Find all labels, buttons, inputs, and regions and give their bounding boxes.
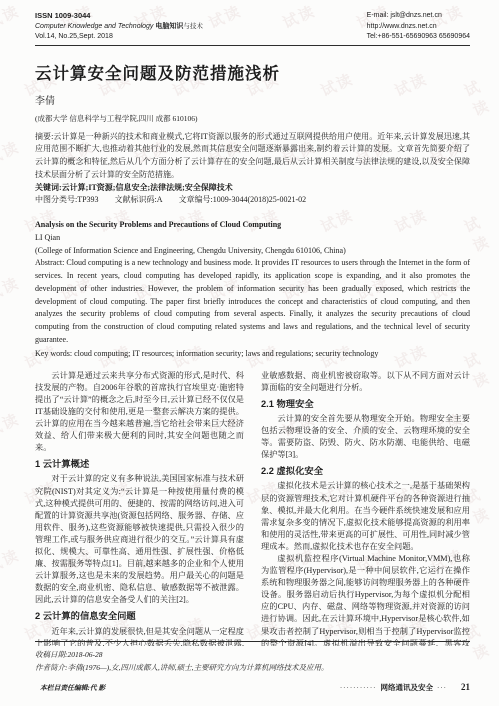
journal-header-right: E-mail: jslt@dnzs.net.cn http://www.dnzs…	[367, 11, 470, 43]
footer-right: ··········· 网络通讯及安全 ··· 21	[340, 682, 470, 693]
journal-name-cn: 电脑知识	[155, 23, 183, 30]
body-paragraph: 业敏感数据、商业机密被窃取等。以下从不同方面对云计算面临的安全问题进行分析。	[261, 370, 470, 394]
trial-watermark: 试读	[0, 544, 23, 577]
document-code: 文献标识码:A	[115, 195, 163, 204]
article-id: 文章编号:1009-3044(2018)25-0021-02	[179, 195, 307, 204]
journal-name-cn-suffix: 与技术	[183, 23, 203, 30]
left-column: 云计算是通过云来共享分布式资源的形式,是时代、科技发展的产物。自2006年谷歌的…	[35, 370, 244, 646]
section-heading: 1 云计算概述	[35, 458, 244, 470]
affiliation-en: (College of Information Science and Engi…	[35, 244, 470, 257]
classification-line: 中图分类号:TP393 文献标识码:A 文章编号:1009-3044(2018)…	[35, 194, 470, 207]
keywords-cn: 关键词:云计算;IT资源;信息安全;法律法规;安全保障技术	[35, 182, 470, 195]
trial-watermark: 试读	[0, 408, 23, 441]
affiliation-cn: (成都大学 信息科学与工程学院,四川 成都 610106)	[35, 113, 470, 124]
journal-email: E-mail: jslt@dnzs.net.cn	[367, 11, 470, 22]
clc-number: 中图分类号:TP393	[35, 195, 99, 204]
leader-dots-left: ···········	[340, 684, 377, 692]
author-name-en: LI Qian	[35, 231, 470, 244]
trial-watermark: 试读	[0, 272, 23, 305]
column-editor: 本栏目责任编辑:代 影	[40, 682, 105, 692]
author-name-cn: 李倩	[35, 92, 470, 107]
abstract-cn: 摘要:云计算是一种新兴的技术和商业模式,它将IT资源以服务的形式通过互联网提供给…	[35, 131, 470, 182]
page-number: 21	[461, 682, 470, 692]
journal-tel: Tel:+86-551-65690963 65690964	[367, 32, 470, 43]
english-block: Analysis on the Security Problems and Pr…	[35, 219, 470, 360]
issn: ISSN 1009-3044	[35, 11, 203, 22]
page-footer: 本栏目责任编辑:代 影 ··········· 网络通讯及安全 ··· 21	[40, 682, 470, 693]
body-paragraph: 云计算的安全首先要从物理安全开始。物理安全主要包括云物理设备的安全、介质的安全、…	[261, 413, 470, 461]
author-bio: 作者简介:李倩(1976—),女,四川成都人,讲师,硕士,主要研究方向为计算机网…	[35, 662, 470, 675]
abstract-en: Abstract: Cloud computing is a new techn…	[35, 257, 470, 347]
journal-website: http://www.dnzs.net.cn	[367, 22, 470, 33]
right-column: 业敏感数据、商业机密被窃取等。以下从不同方面对云计算面临的安全问题进行分析。2.…	[261, 370, 470, 646]
article-title-en: Analysis on the Security Problems and Pr…	[35, 219, 470, 231]
journal-name-en: Computer Knowledge and Technology	[35, 23, 153, 30]
trial-watermark: 试读	[0, 136, 23, 169]
header-divider	[35, 45, 470, 46]
journal-name: Computer Knowledge and Technology 电脑知识与技…	[35, 22, 203, 33]
journal-header-left: ISSN 1009-3044 Computer Knowledge and Te…	[35, 11, 203, 43]
received-date: 收稿日期:2018-06-28	[35, 649, 470, 662]
section-heading: 2 云计算的信息安全问题	[35, 610, 244, 622]
footnote-divider	[35, 641, 470, 642]
footnote-block: 收稿日期:2018-06-28 作者简介:李倩(1976—),女,四川成都人,讲…	[35, 649, 470, 674]
keywords-en: Key words: cloud computing; IT resources…	[35, 348, 470, 361]
column-name: 网络通讯及安全	[381, 682, 434, 693]
body-paragraph: 近年来,云计算的发展很快,但是其安全问题从一定程度上影响了它的普及,不少人担心数…	[35, 626, 244, 646]
section-heading: 2.2 虚拟化安全	[261, 465, 470, 477]
body-columns: 云计算是通过云来共享分布式资源的形式,是时代、科技发展的产物。自2006年谷歌的…	[35, 370, 470, 646]
page-content: ISSN 1009-3044 Computer Knowledge and Te…	[35, 0, 470, 646]
body-paragraph: 云计算是通过云来共享分布式资源的形式,是时代、科技发展的产物。自2006年谷歌的…	[35, 370, 244, 455]
journal-header: ISSN 1009-3044 Computer Knowledge and Te…	[35, 0, 470, 43]
body-paragraph: 对于云计算的定义有多种说法,美国国家标准与技术研究院(NIST)对其定义为:“云…	[35, 473, 244, 606]
body-paragraph: 虚拟化技术是云计算的核心技术之一,是基于基础架构层的资源管理技术,它对计算机硬件…	[261, 480, 470, 553]
trial-watermark: 试读	[0, 0, 23, 33]
section-heading: 2.1 物理安全	[261, 398, 470, 410]
leader-dots-right: ···	[437, 684, 447, 692]
body-paragraph: 虚拟机监控程序(Virtual Machine Monitor,VMM),也称为…	[261, 553, 470, 646]
journal-page: 试读试读试读试读试读试读试读试读试读试读试读试读试读试读试读试读试读试读试读试读…	[0, 0, 499, 706]
volume-issue: Vol.14, No.25,Sept. 2018	[35, 32, 203, 43]
article-title-cn: 云计算安全问题及防范措施浅析	[35, 60, 470, 84]
